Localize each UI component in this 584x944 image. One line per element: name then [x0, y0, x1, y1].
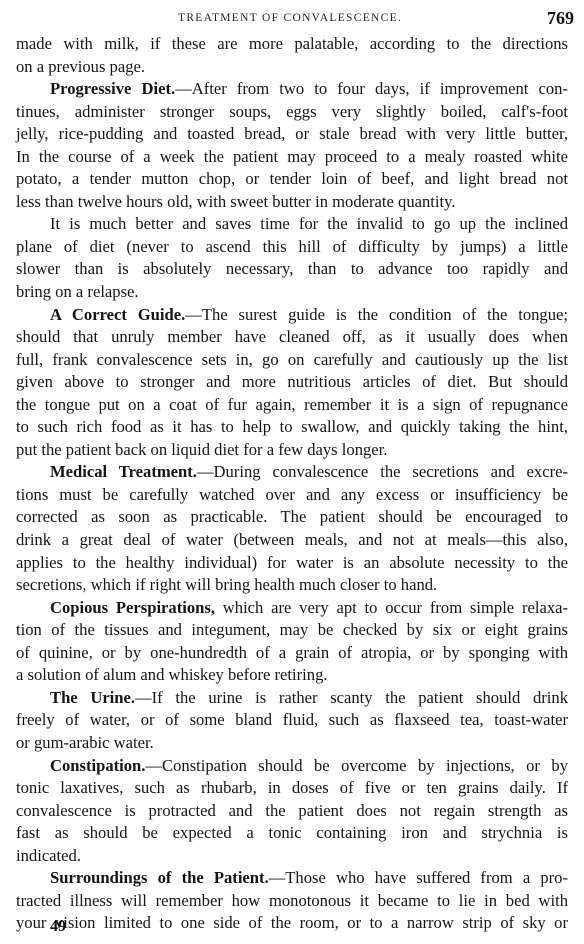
section-heading: Surroundings of the Patient.: [50, 868, 269, 887]
paragraph-surroundings: Surroundings of the Patient.—Those who h…: [16, 867, 568, 935]
text-line: drink a great deal of water (between mea…: [16, 529, 568, 552]
paragraph-continuation: made with milk, if these are more palata…: [16, 33, 568, 78]
text-line: corrected as soon as practicable. The pa…: [16, 506, 568, 529]
paragraph-constipation: Constipation.—Constipation should be ove…: [16, 755, 568, 868]
text-line: It is much better and saves time for the…: [16, 213, 568, 236]
paragraph-correct-guide: A Correct Guide.—The surest guide is the…: [16, 304, 568, 462]
text-line: slower than is absolutely necessary, tha…: [16, 258, 568, 281]
text-line: full, frank convalescence sets in, go on…: [16, 349, 568, 372]
text-line: tion of the tissues and integument, may …: [16, 619, 568, 642]
text-line: should that unruly member have cleaned o…: [16, 326, 568, 349]
text-line: secretions, which if right will bring he…: [16, 574, 568, 597]
text-line: applies to the healthy individual) for w…: [16, 552, 568, 575]
text-line: tions must be carefully watched over and…: [16, 484, 568, 507]
text-line: plane of diet (never to ascend this hill…: [16, 236, 568, 259]
paragraph-progressive-diet: Progressive Diet.—After from two to four…: [16, 78, 568, 213]
section-heading: Progressive Diet.: [50, 79, 175, 98]
running-head: TREATMENT OF CONVALESCENCE. 769: [0, 8, 584, 30]
text-line: indicated.: [16, 845, 568, 868]
text-line: In the course of a week the patient may …: [16, 146, 568, 169]
text-line: on a previous page.: [16, 56, 568, 79]
text-line: made with milk, if these are more palata…: [16, 33, 568, 56]
paragraph-inclined-plane: It is much better and saves time for the…: [16, 213, 568, 303]
text-line: the tongue put on a coat of fur again, r…: [16, 394, 568, 417]
text-line: Copious Perspirations, which are very ap…: [16, 597, 568, 620]
section-heading: Copious Perspirations,: [50, 598, 215, 617]
text-line: Progressive Diet.—After from two to four…: [16, 78, 568, 101]
text-line: tinues, administer stronger soups, eggs …: [16, 101, 568, 124]
text-line: jelly, rice-pudding and toasted bread, o…: [16, 123, 568, 146]
text-line: less than twelve hours old, with sweet b…: [16, 191, 568, 214]
text-line: your vision limited to one side of the r…: [16, 912, 568, 935]
text-line: Surroundings of the Patient.—Those who h…: [16, 867, 568, 890]
text-line: A Correct Guide.—The surest guide is the…: [16, 304, 568, 327]
section-heading: The Urine.: [50, 688, 135, 707]
text-line: convalescence is protracted and the pati…: [16, 800, 568, 823]
running-title: TREATMENT OF CONVALESCENCE.: [178, 12, 402, 24]
text-line: Medical Treatment.—During convalescence …: [16, 461, 568, 484]
text-line: a solution of alum and whiskey before re…: [16, 664, 568, 687]
signature-mark: 49: [50, 918, 66, 936]
text-line: tracted illness will remember how monoto…: [16, 890, 568, 913]
text-line: potato, a tender mutton chop, or tender …: [16, 168, 568, 191]
section-heading: A Correct Guide.: [50, 305, 185, 324]
book-page: TREATMENT OF CONVALESCENCE. 769 made wit…: [0, 0, 584, 944]
section-heading: Constipation.: [50, 756, 145, 775]
text-line: tonic laxatives, such as rhubarb, in dos…: [16, 777, 568, 800]
body-text: made with milk, if these are more palata…: [16, 33, 568, 935]
text-line: to such rich food as it has to help to s…: [16, 416, 568, 439]
paragraph-urine: The Urine.—If the urine is rather scanty…: [16, 687, 568, 755]
text-line: Constipation.—Constipation should be ove…: [16, 755, 568, 778]
page-number: 769: [547, 8, 574, 29]
text-line: bring on a relapse.: [16, 281, 568, 304]
text-line: The Urine.—If the urine is rather scanty…: [16, 687, 568, 710]
text-line: of quinine, or by one-hundredth of a gra…: [16, 642, 568, 665]
paragraph-copious-perspirations: Copious Perspirations, which are very ap…: [16, 597, 568, 687]
text-line: given above to stronger and more nutriti…: [16, 371, 568, 394]
text-line: or gum-arabic water.: [16, 732, 568, 755]
text-line: put the patient back on liquid diet for …: [16, 439, 568, 462]
text-line: freely of water, or of some bland fluid,…: [16, 709, 568, 732]
text-line: fast as should be expected a tonic conta…: [16, 822, 568, 845]
paragraph-medical-treatment: Medical Treatment.—During convalescence …: [16, 461, 568, 596]
section-heading: Medical Treatment.: [50, 462, 197, 481]
